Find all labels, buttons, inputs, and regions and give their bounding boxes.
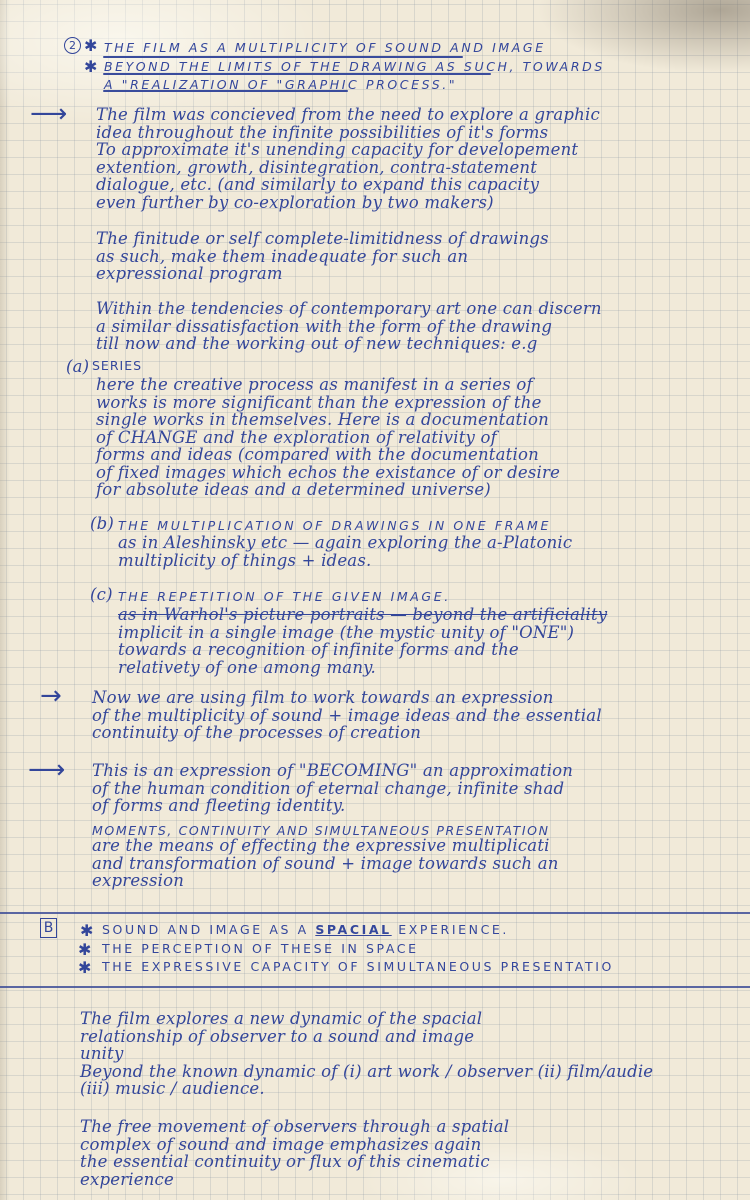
section-number-badge: 2: [64, 37, 81, 54]
paragraph-finitude: The finitude or self complete-limitidnes…: [96, 230, 549, 283]
text-line: experience: [80, 1171, 509, 1189]
item-b-label: (b): [90, 515, 114, 533]
paragraph-spacial-dynamic: The film explores a new dynamic of the s…: [80, 1010, 653, 1098]
asterisk-icon: ✱: [80, 921, 93, 940]
section-a-heading-1: THE FILM AS A MULTIPLICITY OF SOUND AND …: [104, 40, 546, 55]
text-line: as in Aleshinsky etc — again exploring t…: [118, 534, 572, 552]
text-line: as such, make them inadequate for such a…: [96, 248, 549, 266]
asterisk-icon: ✱: [78, 940, 91, 959]
text-line: of forms and fleeting identity.: [92, 797, 573, 815]
text-line-struck: as in Warhol's picture portraits — beyon…: [118, 606, 607, 624]
text-line: unity: [80, 1045, 653, 1063]
paragraph-means: are the means of effecting the expressiv…: [92, 837, 559, 890]
text-line: Now we are using film to work towards an…: [92, 689, 602, 707]
text-line: The film explores a new dynamic of the s…: [80, 1010, 653, 1028]
item-b-body: as in Aleshinsky etc — again exploring t…: [118, 534, 572, 569]
arrow-right-icon: →: [40, 686, 62, 706]
section-a-heading-2: BEYOND THE LIMITS OF THE DRAWING AS SUCH…: [104, 59, 605, 74]
text-line: are the means of effecting the expressiv…: [92, 837, 559, 855]
heading-emphasis: SPACIAL: [315, 922, 391, 937]
item-a-title: SERIES: [92, 358, 142, 373]
paragraph-free-movement: The free movement of observers through a…: [80, 1118, 509, 1188]
text-line: forms and ideas (compared with the docum…: [96, 446, 560, 464]
text-line: Within the tendencies of contemporary ar…: [96, 300, 602, 318]
text-line: dialogue, etc. (and similarly to expand …: [96, 176, 600, 194]
text-line: and transformation of sound + image towa…: [92, 855, 559, 873]
text-line: The free movement of observers through a…: [80, 1118, 509, 1136]
text-line: idea throughout the infinite possibiliti…: [96, 124, 600, 142]
heading-text: SOUND AND IMAGE AS A: [102, 922, 315, 937]
paragraph-film-conceived: The film was concieved from the need to …: [96, 106, 600, 211]
text-line: a similar dissatisfaction with the form …: [96, 318, 602, 336]
text-line: implicit in a single image (the mystic u…: [118, 624, 607, 642]
text-line: continuity of the processes of creation: [92, 724, 602, 742]
section-divider: [0, 986, 750, 988]
section-b-heading-3: THE EXPRESSIVE CAPACITY OF SIMULTANEOUS …: [102, 959, 614, 974]
paragraph-becoming: This is an expression of "BECOMING" an a…: [92, 762, 573, 815]
text-line: single works in themselves. Here is a do…: [96, 411, 560, 429]
item-c-label: (c): [90, 586, 113, 604]
text-line: relationship of observer to a sound and …: [80, 1028, 653, 1046]
text-line: here the creative process as manifest in…: [96, 376, 560, 394]
paragraph-contemporary-art: Within the tendencies of contemporary ar…: [96, 300, 602, 353]
asterisk-icon: ✱: [84, 36, 97, 55]
arrow-right-icon: ⟶: [30, 104, 67, 124]
text-line: works is more significant than the expre…: [96, 394, 560, 412]
heading-underline: [103, 90, 348, 92]
text-line: relativety of one among many.: [118, 659, 607, 677]
text-line: extention, growth, disintegration, contr…: [96, 159, 600, 177]
text-line: multiplicity of things + ideas.: [118, 552, 572, 570]
text-line: expressional program: [96, 265, 549, 283]
text-line: of CHANGE and the exploration of relativ…: [96, 429, 560, 447]
item-c-title: THE REPETITION OF THE GIVEN IMAGE.: [118, 589, 451, 604]
item-a-body: here the creative process as manifest in…: [96, 376, 560, 499]
heading-underline: [103, 56, 463, 58]
text-line: expression: [92, 872, 559, 890]
text-line: This is an expression of "BECOMING" an a…: [92, 762, 573, 780]
asterisk-icon: ✱: [78, 958, 91, 977]
item-c-body: as in Warhol's picture portraits — beyon…: [118, 606, 607, 676]
text-line: The finitude or self complete-limitidnes…: [96, 230, 549, 248]
text-line: of fixed images which echos the existanc…: [96, 464, 560, 482]
section-b-badge: B: [40, 918, 57, 938]
text-line: (iii) music / audience.: [80, 1080, 653, 1098]
item-a-label: (a): [66, 358, 89, 376]
section-b-heading-1: SOUND AND IMAGE AS A SPACIAL EXPERIENCE.: [102, 922, 509, 937]
heading-underline: [103, 73, 491, 75]
text-line: of the human condition of eternal change…: [92, 780, 573, 798]
heading-text: EXPERIENCE.: [392, 922, 509, 937]
paragraph-using-film: Now we are using film to work towards an…: [92, 689, 602, 742]
arrow-right-icon: ⟶: [28, 760, 65, 780]
text-line: To approximate it's unending capacity fo…: [96, 141, 600, 159]
text-line: even further by co-exploration by two ma…: [96, 194, 600, 212]
text-line: of the multiplicity of sound + image ide…: [92, 707, 602, 725]
section-divider: [0, 912, 750, 914]
text-line: towards a recognition of infinite forms …: [118, 641, 607, 659]
text-line: complex of sound and image emphasizes ag…: [80, 1136, 509, 1154]
text-line: The film was concieved from the need to …: [96, 106, 600, 124]
asterisk-icon: ✱: [84, 57, 97, 76]
text-line: the essential continuity or flux of this…: [80, 1153, 509, 1171]
section-b-heading-2: THE PERCEPTION OF THESE IN SPACE: [102, 941, 419, 956]
text-line: for absolute ideas and a determined univ…: [96, 481, 560, 499]
text-line: Beyond the known dynamic of (i) art work…: [80, 1063, 653, 1081]
item-b-title: THE MULTIPLICATION OF DRAWINGS IN ONE FR…: [118, 518, 551, 533]
text-line: till now and the working out of new tech…: [96, 335, 602, 353]
